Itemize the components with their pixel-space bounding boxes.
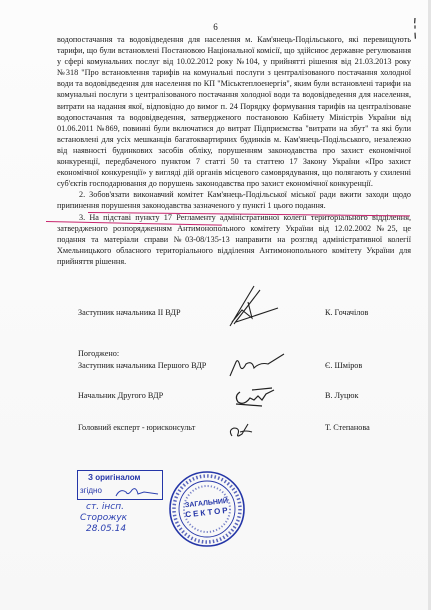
page-number: 6 [0, 22, 431, 32]
item-3-text: На підставі пункту 17 Регламенту адмініс… [57, 213, 411, 266]
signature-main: Заступник начальника II ВДР К. Гочачілов [0, 308, 431, 322]
item-2-text: Зобов'язати виконавчий комітет Кам'янець… [57, 190, 411, 210]
approver-1-name: Є. Шміров [325, 361, 362, 370]
signature-scribble-3-icon [232, 386, 278, 408]
paragraph-item-2: 2. Зобов'язати виконавчий комітет Кам'ян… [57, 189, 411, 211]
item-3-number: 3. [79, 213, 85, 222]
approver-1-position: Заступник начальника Першого ВДР [78, 361, 206, 370]
copy-stamp-line-2: згідно [80, 486, 102, 495]
handwritten-line-2: Сторожук [80, 513, 127, 524]
paragraph-1-continuation: водопостачання та водовідведення для нас… [57, 34, 411, 189]
approver-2-name: В. Луцюк [325, 391, 358, 400]
signature-scribble-1-icon [222, 282, 282, 330]
main-signer-position: Заступник начальника II ВДР [78, 308, 181, 317]
signature-scribble-4-icon [226, 418, 256, 440]
document-body: водопостачання та водовідведення для нас… [57, 34, 411, 267]
approver-3-position: Головний експерт - юрисконсульт [78, 423, 195, 432]
paragraph-item-3: 3. На підставі пункту 17 Регламенту адмі… [57, 212, 411, 267]
handwritten-line-3: 28.05.14 [80, 524, 127, 535]
stamp-signature-icon [112, 484, 162, 500]
approver-row-2: Начальник Другого ВДР В. Луцюк [0, 391, 431, 405]
main-signer-name: К. Гочачілов [325, 308, 368, 317]
handwritten-line-1: ст. інсп. [80, 502, 127, 513]
item-2-number: 2. [79, 190, 85, 199]
agreed-label: Погоджено: [78, 349, 119, 358]
handwritten-certification: ст. інсп. Сторожук 28.05.14 [80, 502, 127, 535]
signature-scribble-2-icon [228, 352, 288, 378]
approver-row-1: Заступник начальника Першого ВДР Є. Шмір… [0, 361, 431, 375]
copy-stamp-line-1: З оригіналом [88, 473, 140, 482]
approver-row-3: Головний експерт - юрисконсульт Т. Степа… [0, 423, 431, 437]
approver-3-name: Т. Степанова [325, 423, 370, 432]
document-page: 6 водопостачання та водовідведення для н… [0, 0, 431, 610]
approver-2-position: Начальник Другого ВДР [78, 391, 163, 400]
